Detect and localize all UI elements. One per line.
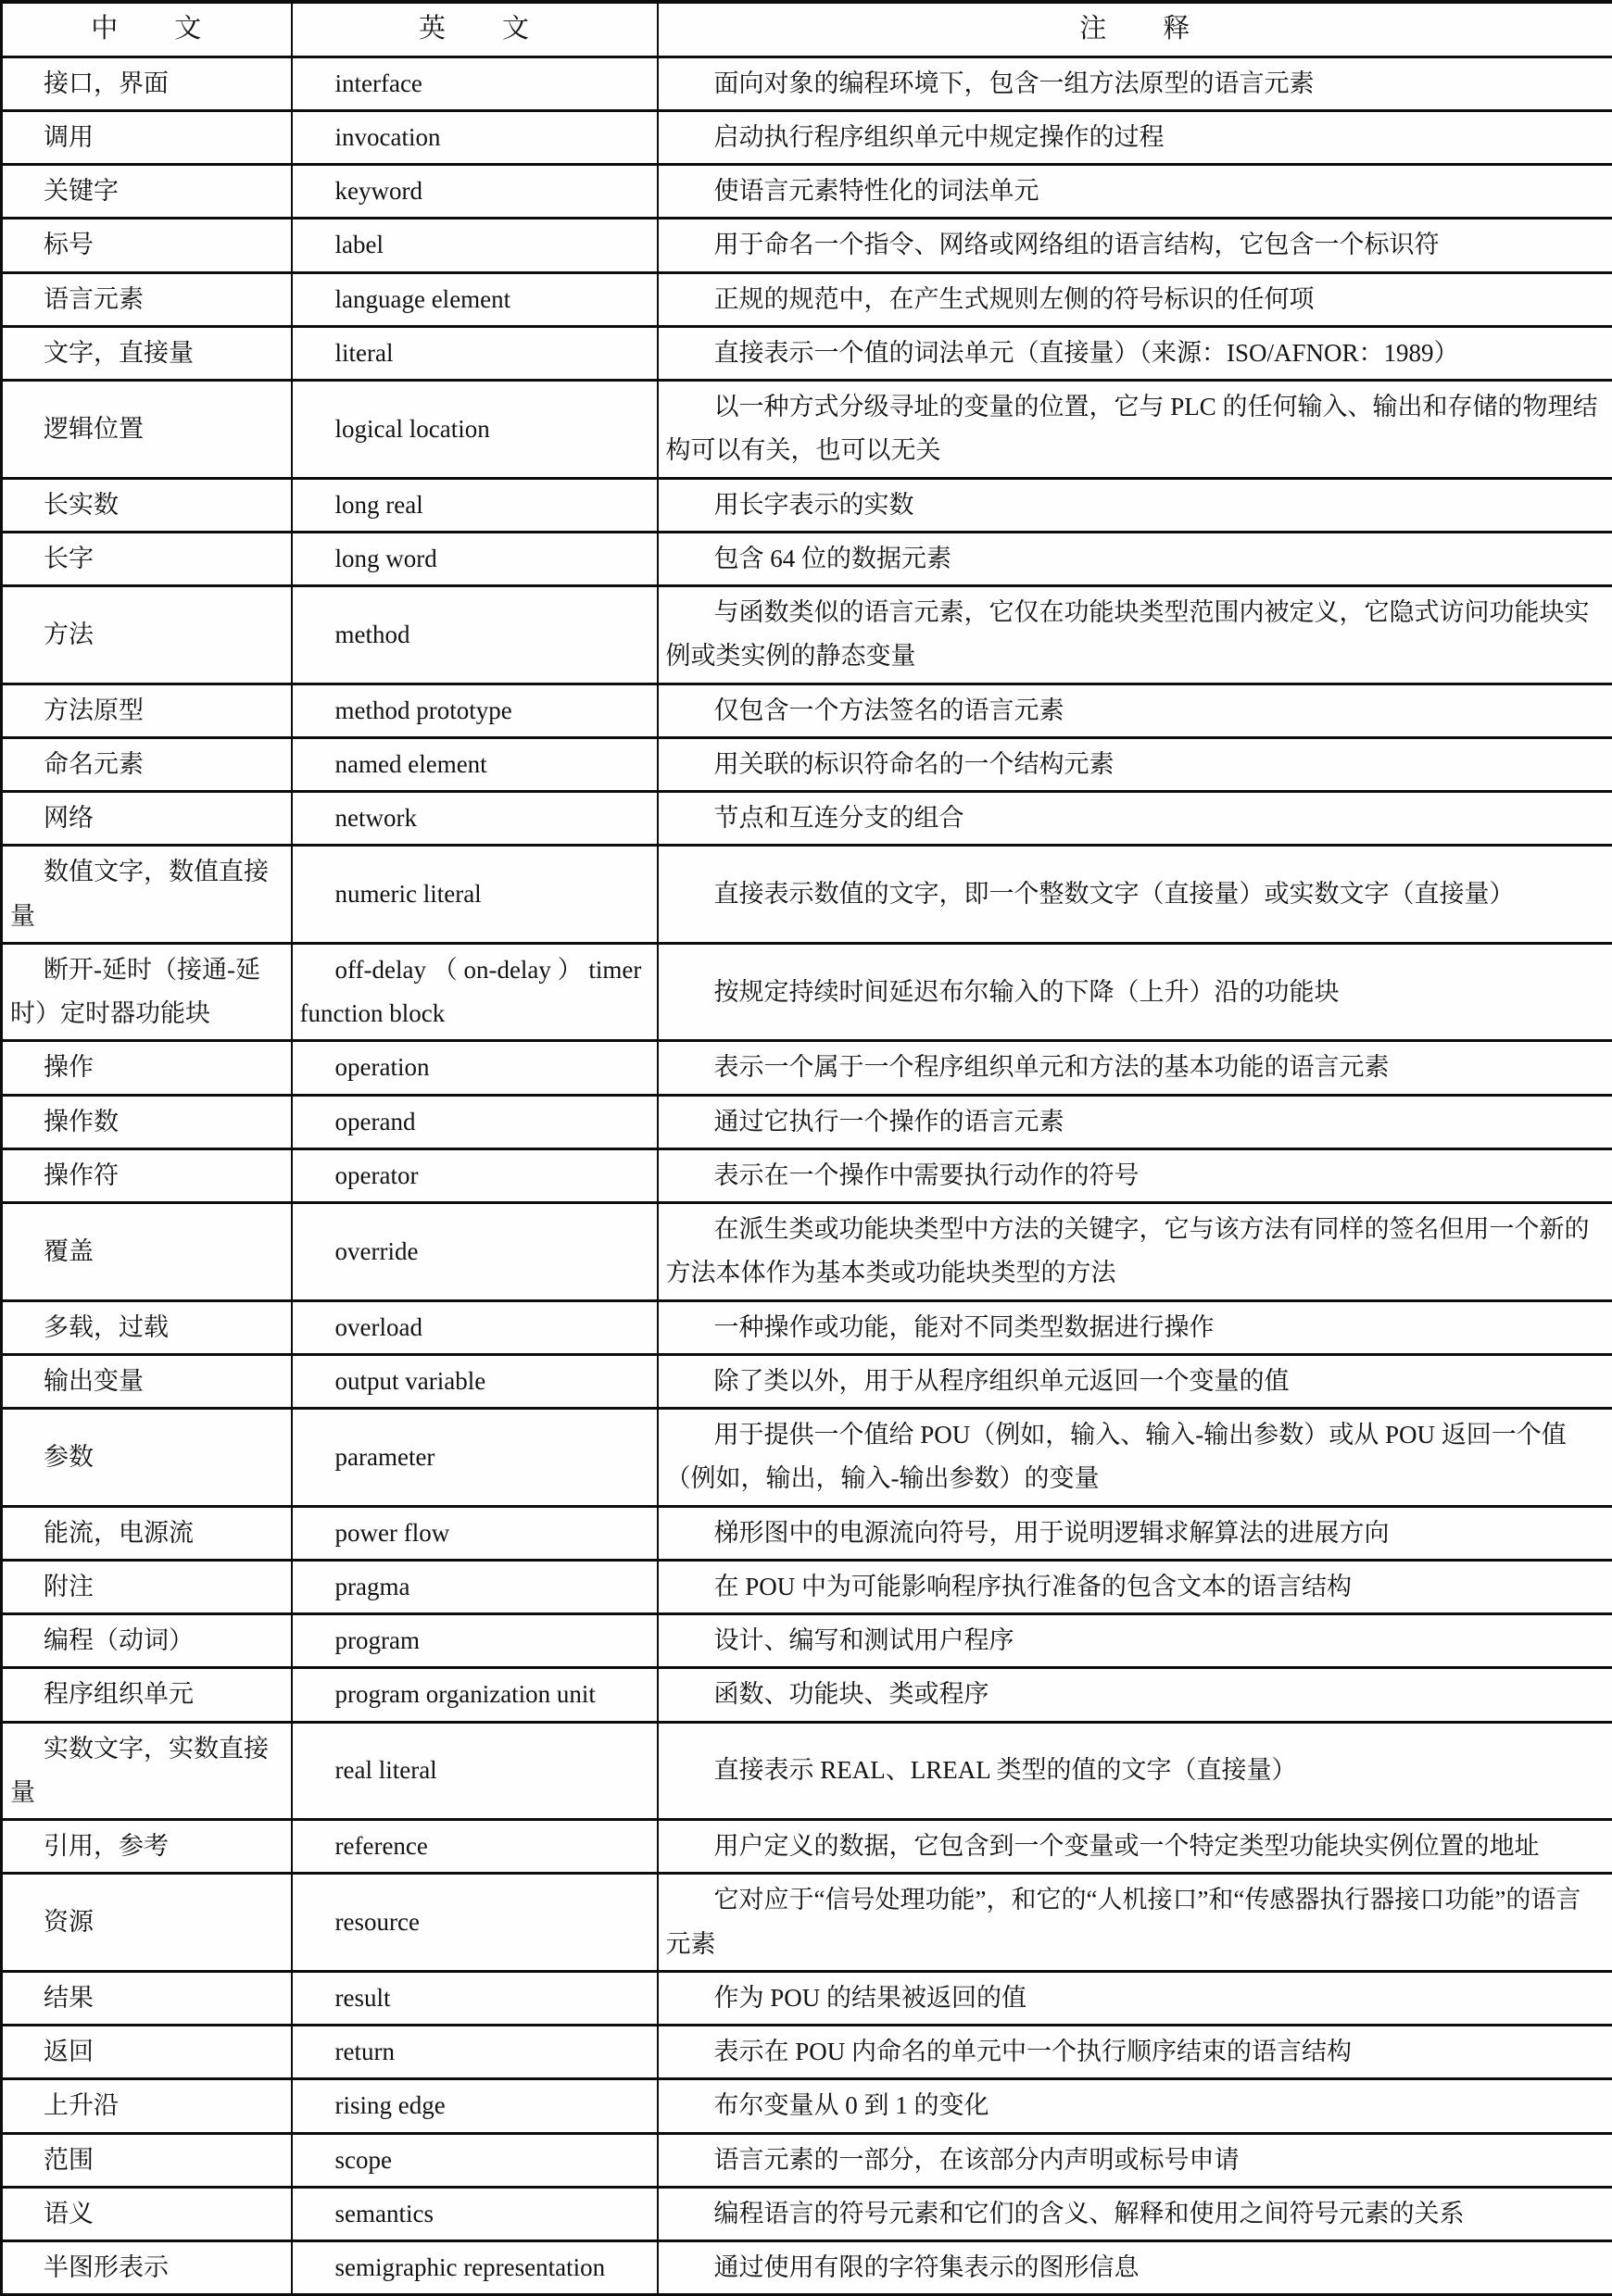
cell-chinese-term: 长实数 [2, 478, 292, 532]
cell-note: 函数、功能块、类或程序 [658, 1668, 1612, 1722]
cell-chinese-term: 操作数 [2, 1095, 292, 1148]
cell-chinese-term: 标号 [2, 219, 292, 272]
column-header-chinese: 中 文 [2, 2, 292, 56]
cell-note: 以一种方式分级寻址的变量的位置，它与 PLC 的任何输入、输出和存储的物理结构可… [658, 381, 1612, 479]
cell-chinese-term: 程序组织单元 [2, 1668, 292, 1722]
cell-english-term: power flow [292, 1506, 658, 1560]
cell-chinese-term: 长字 [2, 532, 292, 585]
table-row: 关键字keyword使语言元素特性化的词法单元 [2, 165, 1612, 219]
cell-chinese-term: 编程（动词） [2, 1614, 292, 1668]
table-row: 调用invocation启动执行程序组织单元中规定操作的过程 [2, 110, 1612, 164]
cell-note: 使语言元素特性化的词法单元 [658, 165, 1612, 219]
cell-english-term: interface [292, 56, 658, 110]
table-row: 接口，界面interface面向对象的编程环境下，包含一组方法原型的语言元素 [2, 56, 1612, 110]
cell-english-term: output variable [292, 1354, 658, 1408]
cell-english-term: semigraphic representation [292, 2241, 658, 2295]
cell-english-term: pragma [292, 1560, 658, 1613]
cell-english-term: semantics [292, 2187, 658, 2240]
cell-english-term: long real [292, 478, 658, 532]
cell-note: 用于命名一个指令、网络或网络组的语言结构，它包含一个标识符 [658, 219, 1612, 272]
header-row: 中 文 英 文 注 释 [2, 2, 1612, 56]
cell-english-term: named element [292, 737, 658, 791]
cell-chinese-term: 断开-延时（接通-延时）定时器功能块 [2, 943, 292, 1041]
cell-english-term: real literal [292, 1722, 658, 1820]
cell-note: 在 POU 中为可能影响程序执行准备的包含文本的语言结构 [658, 1560, 1612, 1613]
table-header: 中 文 英 文 注 释 [2, 2, 1612, 56]
table-row: 多载，过载overload一种操作或功能，能对不同类型数据进行操作 [2, 1300, 1612, 1354]
glossary-table: 中 文 英 文 注 释 接口，界面interface面向对象的编程环境下，包含一… [0, 0, 1612, 2296]
table-row: 编程（动词）program设计、编写和测试用户程序 [2, 1614, 1612, 1668]
table-row: 语言元素language element正规的规范中，在产生式规则左侧的符号标识… [2, 272, 1612, 326]
cell-note: 与函数类似的语言元素，它仅在功能块类型范围内被定义，它隐式访问功能块实例或类实例… [658, 586, 1612, 684]
cell-chinese-term: 逻辑位置 [2, 381, 292, 479]
cell-chinese-term: 多载，过载 [2, 1300, 292, 1354]
table-row: 网络network节点和互连分支的组合 [2, 792, 1612, 846]
cell-note: 表示在 POU 内命名的单元中一个执行顺序结束的语言结构 [658, 2026, 1612, 2079]
cell-english-term: numeric literal [292, 846, 658, 944]
cell-chinese-term: 方法原型 [2, 684, 292, 737]
table-row: 断开-延时（接通-延时）定时器功能块off-delay （ on-delay ）… [2, 943, 1612, 1041]
cell-note: 设计、编写和测试用户程序 [658, 1614, 1612, 1668]
cell-chinese-term: 输出变量 [2, 1354, 292, 1408]
cell-chinese-term: 结果 [2, 1971, 292, 2025]
cell-english-term: literal [292, 326, 658, 380]
cell-english-term: overload [292, 1300, 658, 1354]
cell-chinese-term: 上升沿 [2, 2079, 292, 2133]
cell-english-term: method [292, 586, 658, 684]
cell-note: 语言元素的一部分，在该部分内声明或标号申请 [658, 2133, 1612, 2187]
cell-note: 布尔变量从 0 到 1 的变化 [658, 2079, 1612, 2133]
cell-chinese-term: 实数文字，实数直接量 [2, 1722, 292, 1820]
cell-note: 启动执行程序组织单元中规定操作的过程 [658, 110, 1612, 164]
cell-chinese-term: 操作 [2, 1041, 292, 1095]
column-header-note: 注 释 [658, 2, 1612, 56]
cell-note: 直接表示一个值的词法单元（直接量）（来源：ISO/AFNOR：1989） [658, 326, 1612, 380]
cell-english-term: operator [292, 1148, 658, 1202]
table-row: 附注pragma在 POU 中为可能影响程序执行准备的包含文本的语言结构 [2, 1560, 1612, 1613]
cell-english-term: program [292, 1614, 658, 1668]
cell-english-term: off-delay （ on-delay ） timer function bl… [292, 943, 658, 1041]
cell-chinese-term: 语义 [2, 2187, 292, 2240]
cell-chinese-term: 关键字 [2, 165, 292, 219]
cell-chinese-term: 接口，界面 [2, 56, 292, 110]
table-row: 命名元素named element用关联的标识符命名的一个结构元素 [2, 737, 1612, 791]
cell-english-term: scope [292, 2133, 658, 2187]
cell-note: 正规的规范中，在产生式规则左侧的符号标识的任何项 [658, 272, 1612, 326]
cell-note: 除了类以外，用于从程序组织单元返回一个变量的值 [658, 1354, 1612, 1408]
cell-english-term: long word [292, 532, 658, 585]
table-row: 操作符operator表示在一个操作中需要执行动作的符号 [2, 1148, 1612, 1202]
table-row: 操作数operand通过它执行一个操作的语言元素 [2, 1095, 1612, 1148]
scanned-document-page: 中 文 英 文 注 释 接口，界面interface面向对象的编程环境下，包含一… [0, 0, 1612, 2296]
cell-note: 一种操作或功能，能对不同类型数据进行操作 [658, 1300, 1612, 1354]
table-row: 范围scope语言元素的一部分，在该部分内声明或标号申请 [2, 2133, 1612, 2187]
cell-chinese-term: 调用 [2, 110, 292, 164]
cell-note: 包含 64 位的数据元素 [658, 532, 1612, 585]
table-row: 实数文字，实数直接量real literal直接表示 REAL、LREAL 类型… [2, 1722, 1612, 1820]
cell-english-term: reference [292, 1820, 658, 1874]
cell-chinese-term: 操作符 [2, 1148, 292, 1202]
cell-note: 通过它执行一个操作的语言元素 [658, 1095, 1612, 1148]
cell-note: 表示在一个操作中需要执行动作的符号 [658, 1148, 1612, 1202]
table-row: 结果result作为 POU 的结果被返回的值 [2, 1971, 1612, 2025]
cell-chinese-term: 覆盖 [2, 1203, 292, 1301]
cell-english-term: language element [292, 272, 658, 326]
cell-english-term: return [292, 2026, 658, 2079]
cell-chinese-term: 数值文字，数值直接量 [2, 846, 292, 944]
cell-note: 用于提供一个值给 POU（例如，输入、输入-输出参数）或从 POU 返回一个值（… [658, 1409, 1612, 1507]
table-row: 覆盖override在派生类或功能块类型中方法的关键字，它与该方法有同样的签名但… [2, 1203, 1612, 1301]
cell-chinese-term: 方法 [2, 586, 292, 684]
cell-chinese-term: 命名元素 [2, 737, 292, 791]
cell-chinese-term: 范围 [2, 2133, 292, 2187]
table-row: 逻辑位置logical location以一种方式分级寻址的变量的位置，它与 P… [2, 381, 1612, 479]
cell-english-term: invocation [292, 110, 658, 164]
cell-english-term: logical location [292, 381, 658, 479]
table-row: 方法原型method prototype仅包含一个方法签名的语言元素 [2, 684, 1612, 737]
cell-english-term: method prototype [292, 684, 658, 737]
cell-note: 梯形图中的电源流向符号，用于说明逻辑求解算法的进展方向 [658, 1506, 1612, 1560]
table-row: 引用，参考reference用户定义的数据，它包含到一个变量或一个特定类型功能块… [2, 1820, 1612, 1874]
cell-english-term: keyword [292, 165, 658, 219]
table-row: 能流，电源流power flow梯形图中的电源流向符号，用于说明逻辑求解算法的进… [2, 1506, 1612, 1560]
cell-note: 仅包含一个方法签名的语言元素 [658, 684, 1612, 737]
cell-chinese-term: 网络 [2, 792, 292, 846]
cell-note: 作为 POU 的结果被返回的值 [658, 1971, 1612, 2025]
cell-chinese-term: 引用，参考 [2, 1820, 292, 1874]
cell-english-term: parameter [292, 1409, 658, 1507]
cell-note: 按规定持续时间延迟布尔输入的下降（上升）沿的功能块 [658, 943, 1612, 1041]
cell-note: 面向对象的编程环境下，包含一组方法原型的语言元素 [658, 56, 1612, 110]
table-row: 数值文字，数值直接量numeric literal直接表示数值的文字，即一个整数… [2, 846, 1612, 944]
cell-chinese-term: 参数 [2, 1409, 292, 1507]
cell-english-term: result [292, 1971, 658, 2025]
cell-english-term: operand [292, 1095, 658, 1148]
cell-note: 用长字表示的实数 [658, 478, 1612, 532]
table-row: 半图形表示semigraphic representation通过使用有限的字符… [2, 2241, 1612, 2295]
cell-note: 直接表示 REAL、LREAL 类型的值的文字（直接量） [658, 1722, 1612, 1820]
cell-chinese-term: 半图形表示 [2, 2241, 292, 2295]
cell-english-term: override [292, 1203, 658, 1301]
cell-chinese-term: 资源 [2, 1874, 292, 1972]
table-row: 程序组织单元program organization unit函数、功能块、类或… [2, 1668, 1612, 1722]
table-row: 标号label用于命名一个指令、网络或网络组的语言结构，它包含一个标识符 [2, 219, 1612, 272]
cell-chinese-term: 能流，电源流 [2, 1506, 292, 1560]
cell-english-term: program organization unit [292, 1668, 658, 1722]
cell-note: 通过使用有限的字符集表示的图形信息 [658, 2241, 1612, 2295]
table-row: 操作operation表示一个属于一个程序组织单元和方法的基本功能的语言元素 [2, 1041, 1612, 1095]
table-row: 语义semantics编程语言的符号元素和它们的含义、解释和使用之间符号元素的关… [2, 2187, 1612, 2240]
table-row: 返回return表示在 POU 内命名的单元中一个执行顺序结束的语言结构 [2, 2026, 1612, 2079]
cell-english-term: resource [292, 1874, 658, 1972]
table-row: 资源resource它对应于“信号处理功能”，和它的“人机接口”和“传感器执行器… [2, 1874, 1612, 1972]
column-header-english: 英 文 [292, 2, 658, 56]
cell-english-term: rising edge [292, 2079, 658, 2133]
table-row: 参数parameter用于提供一个值给 POU（例如，输入、输入-输出参数）或从… [2, 1409, 1612, 1507]
cell-chinese-term: 返回 [2, 2026, 292, 2079]
table-body: 接口，界面interface面向对象的编程环境下，包含一组方法原型的语言元素调用… [2, 56, 1612, 2295]
cell-english-term: network [292, 792, 658, 846]
cell-english-term: operation [292, 1041, 658, 1095]
cell-note: 用户定义的数据，它包含到一个变量或一个特定类型功能块实例位置的地址 [658, 1820, 1612, 1874]
cell-note: 它对应于“信号处理功能”，和它的“人机接口”和“传感器执行器接口功能”的语言元素 [658, 1874, 1612, 1972]
cell-note: 节点和互连分支的组合 [658, 792, 1612, 846]
cell-english-term: label [292, 219, 658, 272]
table-row: 长字long word包含 64 位的数据元素 [2, 532, 1612, 585]
table-row: 方法method与函数类似的语言元素，它仅在功能块类型范围内被定义，它隐式访问功… [2, 586, 1612, 684]
cell-note: 直接表示数值的文字，即一个整数文字（直接量）或实数文字（直接量） [658, 846, 1612, 944]
cell-chinese-term: 文字，直接量 [2, 326, 292, 380]
cell-chinese-term: 附注 [2, 1560, 292, 1613]
table-row: 输出变量output variable除了类以外，用于从程序组织单元返回一个变量… [2, 1354, 1612, 1408]
cell-chinese-term: 语言元素 [2, 272, 292, 326]
table-row: 文字，直接量literal直接表示一个值的词法单元（直接量）（来源：ISO/AF… [2, 326, 1612, 380]
cell-note: 表示一个属于一个程序组织单元和方法的基本功能的语言元素 [658, 1041, 1612, 1095]
cell-note: 用关联的标识符命名的一个结构元素 [658, 737, 1612, 791]
cell-note: 编程语言的符号元素和它们的含义、解释和使用之间符号元素的关系 [658, 2187, 1612, 2240]
table-row: 上升沿rising edge布尔变量从 0 到 1 的变化 [2, 2079, 1612, 2133]
table-row: 长实数long real用长字表示的实数 [2, 478, 1612, 532]
cell-note: 在派生类或功能块类型中方法的关键字，它与该方法有同样的签名但用一个新的方法本体作… [658, 1203, 1612, 1301]
